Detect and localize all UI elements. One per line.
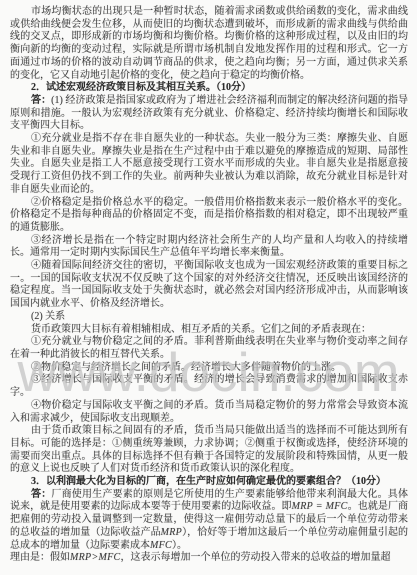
text-run: ③经济增长与国际收支平衡的矛盾。经济的增长会导致消费需求的增加和国际收支赤字。 [10, 374, 408, 398]
goal-3-economic-growth: ③经济增长是指在一个特定时期内经济社会所生产的人均产量和人均收入的持续增长。通常… [10, 235, 408, 260]
question-2-heading: 2．试述宏观经济政策目标及其相互关系。（10分） [10, 82, 408, 95]
conflict-4: ④物价稳定与国际收支平衡之间的矛盾。货币当局稳定物价的努力常常会导致资本流入和需… [10, 400, 408, 425]
conflict-3: ③经济增长与国际收支平衡的矛盾。经济的增长会导致消费需求的增加和国际收支赤字。 [10, 374, 408, 399]
text-run: 3．以利润最大化为目标的厂商，在生产时应如何确定最优的要素组合？（10分） [31, 476, 386, 487]
text-run: ）。 [172, 540, 187, 551]
text-run: 2．试述宏观经济政策目标及其相互关系。（10分） [31, 82, 251, 93]
text-run: MRP = MFC [292, 501, 348, 512]
text-run: ③经济增长是指在一个特定时期内经济社会所生产的人均产量和人均收入的持续增长。通常… [10, 235, 408, 259]
text-run: MFC [150, 540, 172, 551]
text-run: 理由是：假如 [10, 552, 70, 563]
text-run: ②价格稳定是指价格总水平的稳定。一般借用价格指数来表示一般价格水平的变化。价格稳… [10, 197, 408, 233]
text-run: ①充分就业与物价稳定之间的矛盾。菲利普斯曲线表明在失业率与物价变动率之间存在着一… [10, 336, 408, 360]
reason-line: 理由是：假如MRP>MFC，这表示每增加一个单位的劳动投入带来的总收益的增加量超 [10, 552, 408, 565]
conflict-2: ②物价稳定与经济增长之间的矛盾。经济增长大多伴随着物价的上涨。 [10, 362, 408, 375]
text-run: 答： [31, 95, 51, 106]
text-run: 由于货币政策目标之间固有的矛盾，货币当局只能做出适当的选择而不可能达到所有目标。… [10, 425, 408, 474]
text-run: 货币政策四大目标有着相辅相成、相互矛盾的关系。它们之间的矛盾表现在： [31, 324, 371, 335]
text-run: ①充分就业是指不存在非自愿失业的一种状态。失业一般分为三类：摩擦失业、自愿失业和… [10, 133, 408, 195]
text-run: MRP>MFC [70, 552, 121, 563]
goal-1-full-employment: ①充分就业是指不存在非自愿失业的一种状态。失业一般分为三类：摩擦失业、自愿失业和… [10, 133, 408, 197]
answer-3-body: 答：厂商使用生产要素的原则是它所使用的生产要素能够给他带来利润最大化。具体说来，… [10, 489, 408, 553]
conflict-conclusion: 由于货币政策目标之间固有的矛盾，货币当局只能做出适当的选择而不可能达到所有目标。… [10, 425, 408, 476]
document-content: 市场均衡状态的出现只是一种暂时状态，随着需求函数或供给函数的变化，需求曲线或供给… [10, 6, 408, 565]
document-page: 市场均衡状态的出现只是一种暂时状态，随着需求函数或供给函数的变化，需求曲线或供给… [0, 0, 417, 575]
relations-subheading: (2) 关系 [10, 311, 408, 324]
question-3-heading: 3．以利润最大化为目标的厂商，在生产时应如何确定最优的要素组合？（10分） [10, 476, 408, 489]
paragraph-market-equilibrium: 市场均衡状态的出现只是一种暂时状态，随着需求函数或供给函数的变化，需求曲线或供给… [10, 6, 408, 82]
text-run: ④物价稳定与国际收支平衡之间的矛盾。货币当局稳定物价的努力常常会导致资本流入和需… [10, 400, 408, 424]
text-run: 市场均衡状态的出现只是一种暂时状态，随着需求函数或供给函数的变化，需求曲线或供给… [10, 6, 408, 81]
relations-intro: 货币政策四大目标有着相辅相成、相互矛盾的关系。它们之间的矛盾表现在： [10, 324, 408, 337]
text-run: MRP [161, 527, 182, 538]
goal-4-balance-of-payments: ④随着国际间经济交往的密切，平衡国际收支也成为一国宏观经济政策的重要目标之一。一… [10, 260, 408, 311]
text-run: ②物价稳定与经济增长之间的矛盾。经济增长大多伴随着物价的上涨。 [31, 362, 341, 373]
goal-2-price-stability: ②价格稳定是指价格总水平的稳定。一般借用价格指数来表示一般价格水平的变化。价格稳… [10, 197, 408, 235]
text-run: (1) 经济政策是指国家或政府为了增进社会经济福利而制定的解决经济问题的指导原则… [10, 95, 408, 131]
text-run: 答： [31, 489, 51, 500]
text-run: (2) 关系 [31, 311, 65, 322]
text-run: ，这表示每增加一个单位的劳动投入带来的总收益的增加量超 [121, 552, 391, 563]
answer-2-intro: 答：(1) 经济政策是指国家或政府为了增进社会经济福利而制定的解决经济问题的指导… [10, 95, 408, 133]
conflict-1: ①充分就业与物价稳定之间的矛盾。菲利普斯曲线表明在失业率与物价变动率之间存在着一… [10, 336, 408, 361]
text-run: ④随着国际间经济交往的密切，平衡国际收支也成为一国宏观经济政策的重要目标之一。一… [10, 260, 408, 309]
